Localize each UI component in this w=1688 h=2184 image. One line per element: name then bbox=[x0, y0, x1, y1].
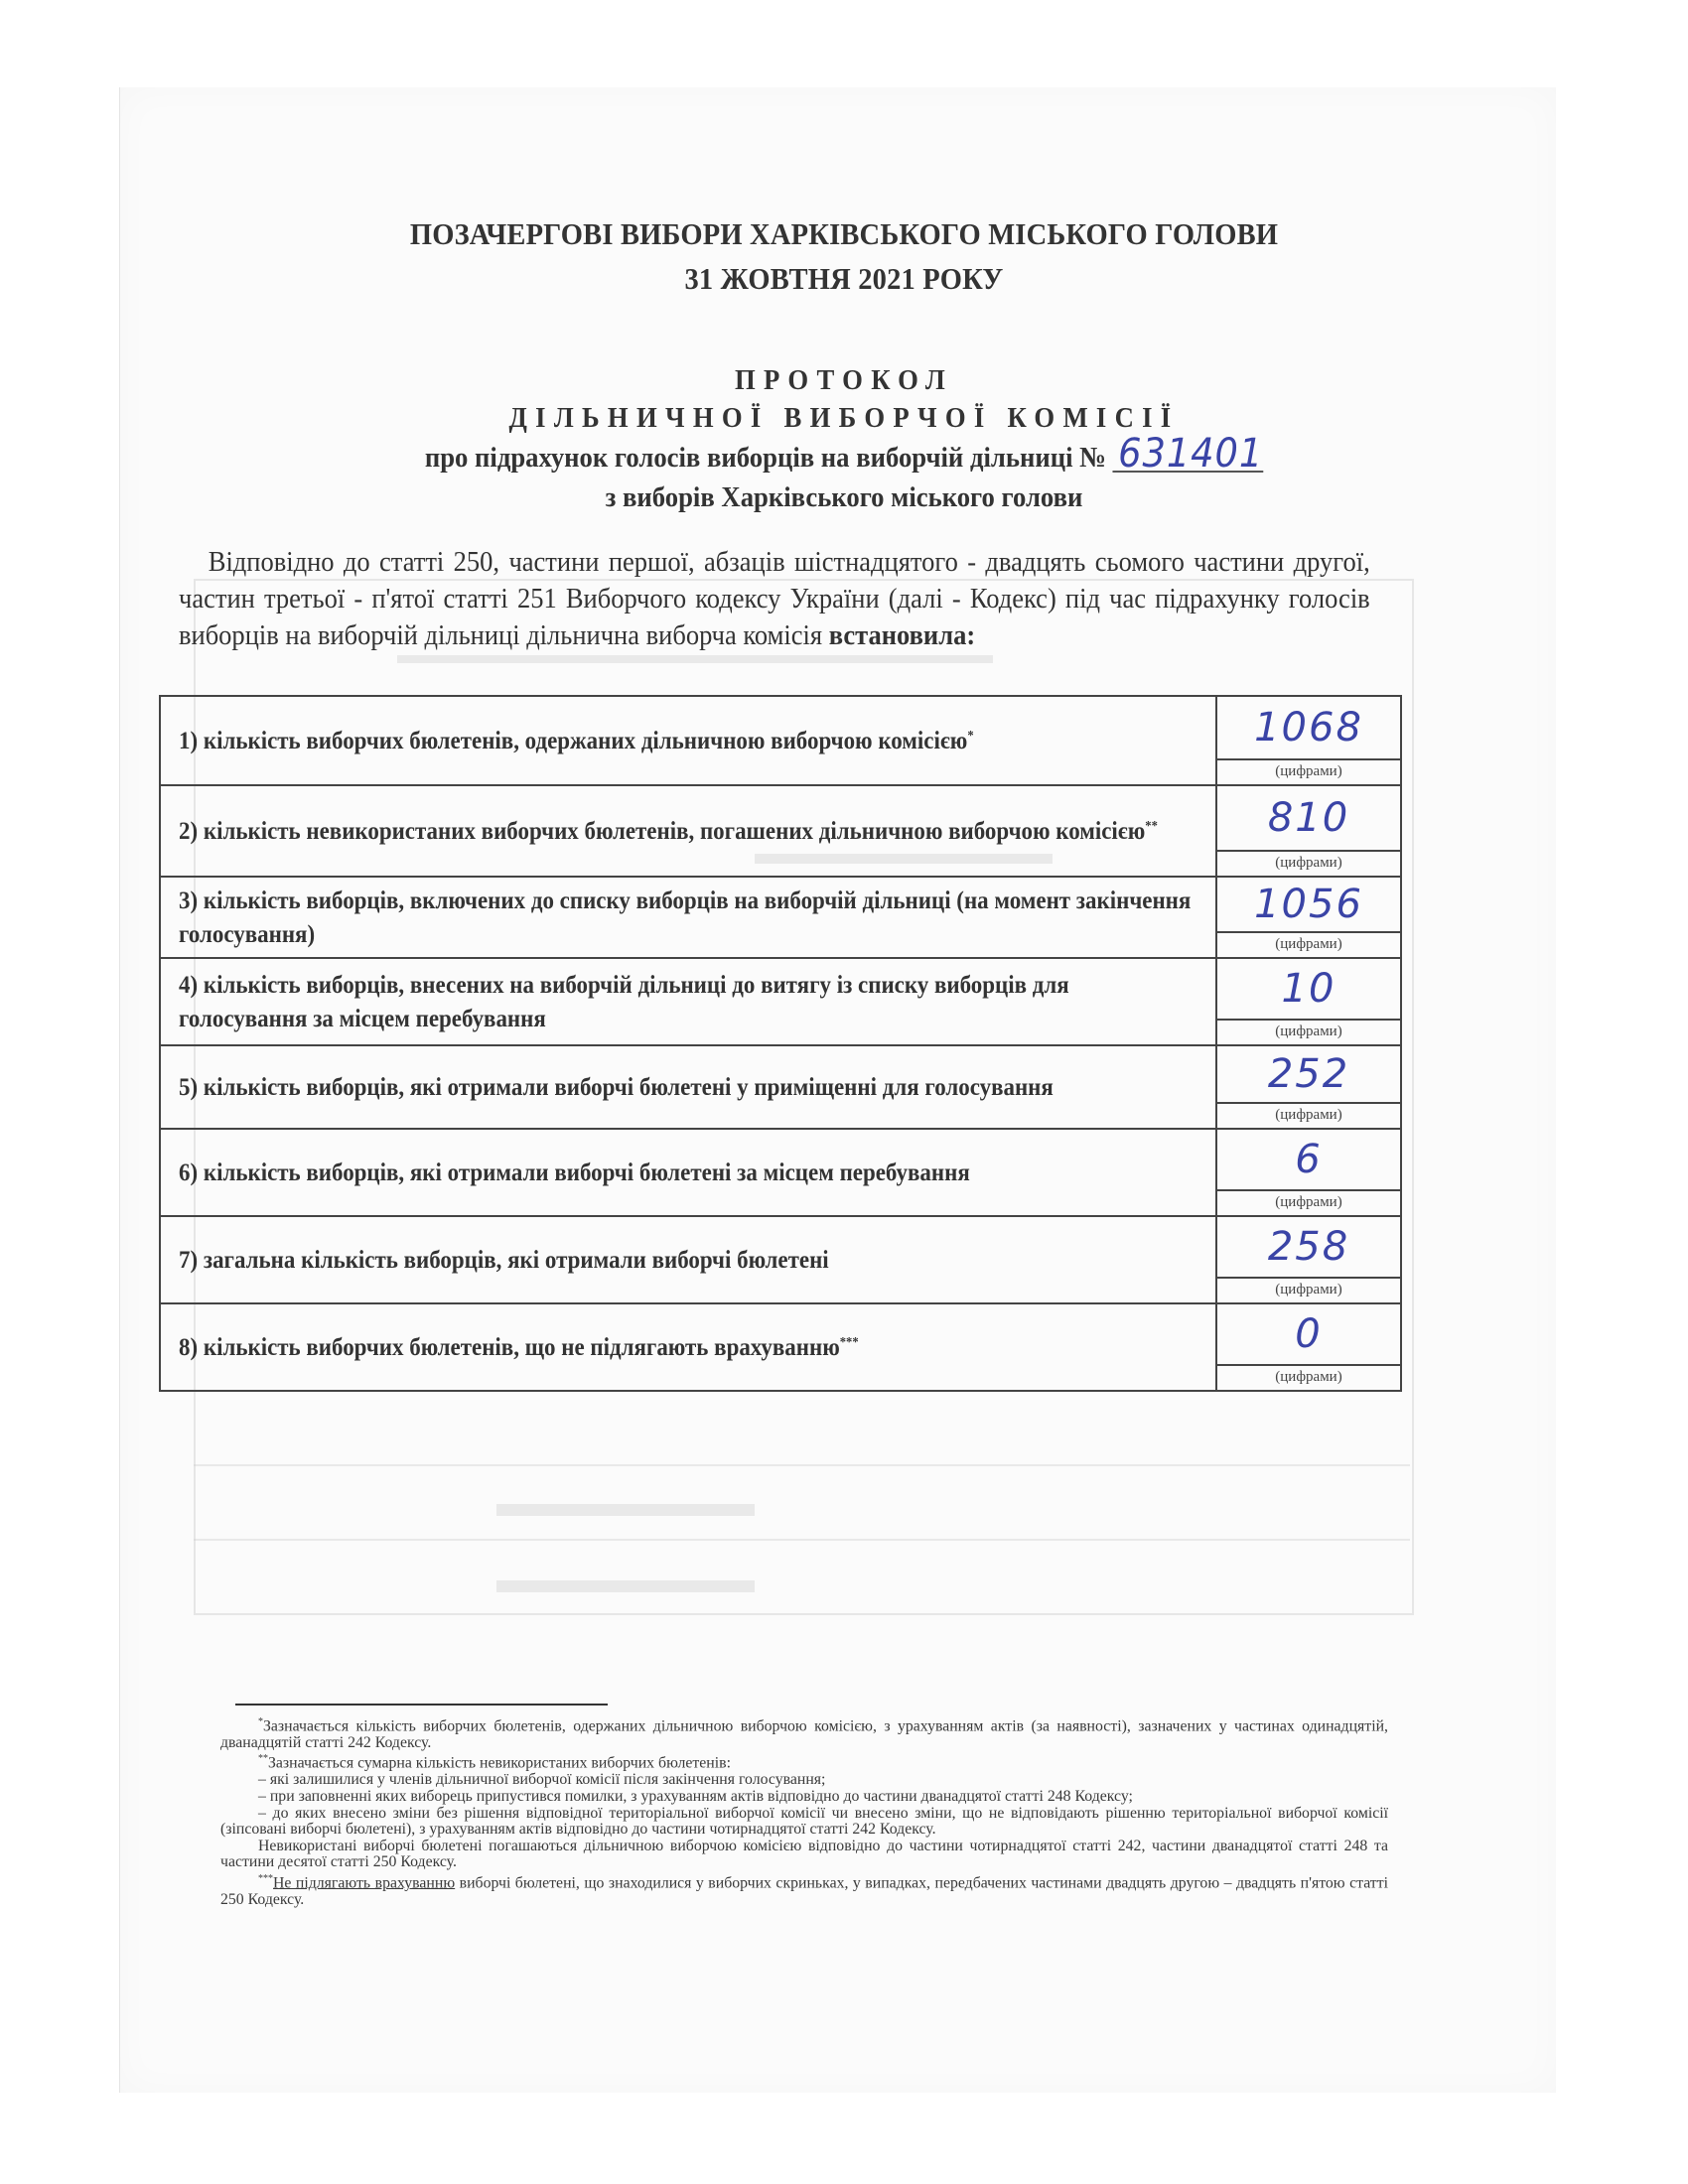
handwritten-value[interactable]: 252 bbox=[1217, 1046, 1400, 1104]
handwritten-value[interactable]: 1056 bbox=[1217, 878, 1400, 933]
footnote-2-item: – до яких внесено зміни без рішення відп… bbox=[220, 1806, 1388, 1839]
polling-station-number: 631401 bbox=[1113, 437, 1264, 473]
digits-caption: (цифрами) bbox=[1217, 1021, 1400, 1044]
table-row: 6) кількість виборців, які отримали вибо… bbox=[160, 1129, 1401, 1216]
protocol-subject: про підрахунок голосів виборців на вибор… bbox=[68, 437, 1620, 475]
row-label: 5) кількість виборців, які отримали вибо… bbox=[160, 1045, 1216, 1129]
table-row: 1) кількість виборчих бюлетенів, одержан… bbox=[160, 696, 1401, 785]
digits-caption: (цифрами) bbox=[1217, 1366, 1400, 1390]
handwritten-value[interactable]: 6 bbox=[1217, 1130, 1400, 1191]
protocol-election: з виборів Харківського міського голови bbox=[68, 481, 1620, 514]
subject-prefix: про підрахунок голосів виборців на вибор… bbox=[425, 442, 1106, 474]
row-label: 2) кількість невикористаних виборчих бюл… bbox=[160, 785, 1216, 877]
bleed-through-text bbox=[397, 655, 993, 663]
digits-caption: (цифрами) bbox=[1217, 1104, 1400, 1128]
digits-caption: (цифрами) bbox=[1217, 1191, 1400, 1215]
row-label: 6) кількість виборців, які отримали вибо… bbox=[160, 1129, 1216, 1216]
row-value-cell[interactable]: 810(цифрами) bbox=[1216, 785, 1401, 877]
footnote-2-item: – які залишилися у членів дільничної виб… bbox=[220, 1772, 1388, 1789]
row-value-cell[interactable]: 258(цифрами) bbox=[1216, 1216, 1401, 1303]
footnote-3: ***Не підлягають врахуванню виборчі бюле… bbox=[220, 1871, 1388, 1908]
election-title: ПОЗАЧЕРГОВІ ВИБОРИ ХАРКІВСЬКОГО МІСЬКОГО… bbox=[68, 216, 1620, 252]
digits-caption: (цифрами) bbox=[1217, 933, 1400, 957]
table-row: 7) загальна кількість виборців, які отри… bbox=[160, 1216, 1401, 1303]
bleed-through-text bbox=[496, 1580, 755, 1592]
handwritten-value[interactable]: 810 bbox=[1217, 786, 1400, 852]
table-row: 8) кількість виборчих бюлетенів, що не п… bbox=[160, 1303, 1401, 1391]
count-table: 1) кількість виборчих бюлетенів, одержан… bbox=[159, 695, 1402, 1392]
footnote-2-tail: Невикористані виборчі бюлетені погашають… bbox=[220, 1839, 1388, 1871]
footnote-mark: ** bbox=[1145, 819, 1158, 834]
row-label: 7) загальна кількість виборців, які отри… bbox=[160, 1216, 1216, 1303]
bleed-through-text bbox=[496, 1504, 755, 1516]
handwritten-value[interactable]: 0 bbox=[1217, 1304, 1400, 1366]
row-label: 8) кількість виборчих бюлетенів, що не п… bbox=[160, 1303, 1216, 1391]
intro-paragraph: Відповідно до статті 250, частини першої… bbox=[179, 544, 1370, 654]
row-value-cell[interactable]: 252(цифрами) bbox=[1216, 1045, 1401, 1129]
digits-caption: (цифрами) bbox=[1217, 1279, 1400, 1302]
bleed-through-line bbox=[194, 1464, 1410, 1466]
row-value-cell[interactable]: 1056(цифрами) bbox=[1216, 877, 1401, 958]
footnote-mark: *** bbox=[840, 1335, 859, 1350]
footnote-mark: * bbox=[967, 729, 973, 744]
footnote-2: **Зазначається сумарна кількість невикор… bbox=[220, 1751, 1388, 1772]
protocol-heading: ПРОТОКОЛ bbox=[68, 364, 1620, 397]
table-row: 5) кількість виборців, які отримали вибо… bbox=[160, 1045, 1401, 1129]
row-value-cell[interactable]: 1068(цифрами) bbox=[1216, 696, 1401, 785]
footnotes: *Зазначається кількість виборчих бюлетен… bbox=[220, 1714, 1388, 1908]
row-value-cell[interactable]: 6(цифрами) bbox=[1216, 1129, 1401, 1216]
row-label: 4) кількість виборців, внесених на вибор… bbox=[160, 958, 1216, 1045]
footnote-divider bbox=[235, 1704, 608, 1706]
table-row: 4) кількість виборців, внесених на вибор… bbox=[160, 958, 1401, 1045]
digits-caption: (цифрами) bbox=[1217, 852, 1400, 876]
table-row: 2) кількість невикористаних виборчих бюл… bbox=[160, 785, 1401, 877]
handwritten-value[interactable]: 10 bbox=[1217, 959, 1400, 1021]
digits-caption: (цифрами) bbox=[1217, 760, 1400, 784]
table-row: 3) кількість виборців, включених до спис… bbox=[160, 877, 1401, 958]
row-label: 3) кількість виборців, включених до спис… bbox=[160, 877, 1216, 958]
commission-heading: ДІЛЬНИЧНОЇ ВИБОРЧОЇ КОМІСІЇ bbox=[68, 402, 1620, 435]
intro-bold-end: встановила: bbox=[829, 620, 975, 651]
intro-text: Відповідно до статті 250, частини першої… bbox=[179, 547, 1370, 651]
footnote-2-item: – при заповненні яких виборець припустив… bbox=[220, 1789, 1388, 1806]
handwritten-value[interactable]: 1068 bbox=[1217, 697, 1400, 760]
row-label: 1) кількість виборчих бюлетенів, одержан… bbox=[160, 696, 1216, 785]
row-value-cell[interactable]: 10(цифрами) bbox=[1216, 958, 1401, 1045]
bleed-through-line bbox=[194, 1539, 1410, 1541]
handwritten-value[interactable]: 258 bbox=[1217, 1217, 1400, 1279]
footnote-1: *Зазначається кількість виборчих бюлетен… bbox=[220, 1714, 1388, 1751]
election-date: 31 ЖОВТНЯ 2021 РОКУ bbox=[68, 261, 1620, 297]
row-value-cell[interactable]: 0(цифрами) bbox=[1216, 1303, 1401, 1391]
